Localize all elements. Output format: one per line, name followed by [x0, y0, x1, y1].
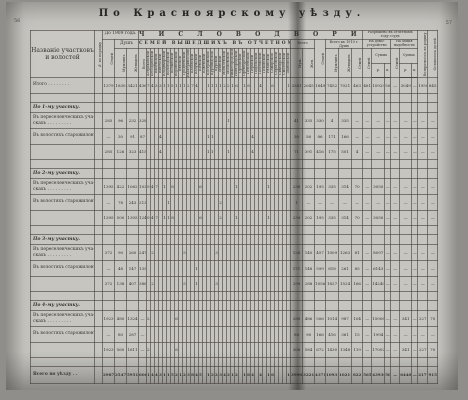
cell-loans-6 — [418, 226, 428, 235]
col-header-province-25: Пензенской — [247, 49, 251, 78]
cell-total-2: — — [315, 195, 326, 211]
cell-loans-6: — — [418, 245, 428, 261]
col-header-province-11: Казанской — [191, 49, 195, 78]
cell-loans-0 — [363, 226, 372, 235]
cell-loans-7: 70 — [428, 343, 438, 358]
cell-before1909-3: 139 — [139, 261, 147, 277]
cell-before1909-1 — [115, 292, 127, 301]
cell-total-4: 166 — [339, 129, 352, 145]
col-header-province-35: Тамбовской — [287, 49, 291, 78]
cell-loans-6 — [418, 301, 428, 311]
cell-total-2: 416 — [315, 145, 326, 160]
cell-total-1: 202 — [303, 211, 315, 226]
cell-before1909-0 — [103, 301, 115, 311]
table-row-section: По 4-му участку. — [31, 301, 438, 311]
cell-total-2: 506 — [315, 311, 326, 327]
cell-loans-3: — — [391, 261, 400, 277]
group-total-souls: Всего — [291, 39, 315, 49]
table-header: Названіе участковъ и волостей № по поряд… — [31, 31, 438, 78]
serial-cell — [95, 245, 103, 261]
row-label — [31, 211, 95, 226]
cell-total-2: 599 — [315, 261, 326, 277]
cell-total-5 — [352, 301, 363, 311]
col-header-province-8: Вятской — [179, 49, 183, 78]
cell-total-4 — [339, 358, 352, 367]
col-header-province-30: Рязанской — [267, 49, 271, 78]
serial-cell — [95, 311, 103, 327]
cell-total-3: 1009 — [326, 245, 339, 261]
cell-total-2: 1849 — [315, 78, 326, 94]
cell-total-1: 486 — [303, 311, 315, 327]
cell-total-3: 10931 — [326, 367, 339, 384]
group-loans-title: Разрѣшено въ отчетномъ году ссудъ — [363, 31, 418, 40]
cell-total-1 — [303, 301, 315, 311]
districts-label-line1: Названіе участковъ — [31, 47, 94, 55]
cell-total-0 — [291, 235, 303, 245]
cell-total-1 — [303, 169, 315, 179]
cell-loans-4: 3049 — [400, 78, 412, 94]
cell-loans-0 — [363, 169, 372, 179]
cell-loans-6: 227 — [418, 311, 428, 327]
cell-loans-3: — — [391, 195, 400, 211]
page-number-right: 57 — [446, 20, 452, 26]
row-label: По 3-му участку. — [31, 235, 95, 245]
cell-before1909-0: 1379 — [103, 78, 115, 94]
cell-loans-7 — [428, 235, 438, 245]
cell-total-1: — — [303, 195, 315, 211]
cell-before1909-0: 372 — [103, 277, 115, 292]
cell-total-0: 238 — [291, 179, 303, 195]
cell-total-5: — — [352, 113, 363, 129]
cell-before1909-2: 287 — [127, 327, 139, 343]
cell-before1909-0: 2987 — [103, 367, 115, 384]
cell-total-0: 299 — [291, 277, 303, 292]
group-souls-1909: Душъ — [115, 39, 139, 49]
cell-before1909-3 — [139, 292, 147, 301]
cell-before1909-3 — [139, 358, 147, 367]
cell-total-0 — [291, 94, 303, 103]
cell-loans-1 — [372, 103, 385, 113]
cell-loans-6 — [418, 169, 428, 179]
cell-before1909-1 — [115, 160, 127, 169]
col-header-province-0: Астраханской — [147, 49, 151, 78]
cell-loans-3: — — [391, 327, 400, 343]
cell-loans-1 — [372, 358, 385, 367]
cell-before1909-3 — [139, 94, 147, 103]
cell-before1909-3: 213 — [139, 195, 147, 211]
cell-total-5: — — [352, 129, 363, 145]
cell-loans-1: 3050 — [372, 179, 385, 195]
cell-total-1: 2045 — [303, 78, 315, 94]
cell-total-3: 1014 — [326, 311, 339, 327]
cell-total-4: 1524 — [339, 277, 352, 292]
serial-cell — [95, 195, 103, 211]
cell-loans-3: — — [391, 113, 400, 129]
cell-before1909-3: 1248 — [139, 211, 147, 226]
cell-loans-1 — [372, 169, 385, 179]
cell-loans-6 — [418, 94, 428, 103]
cell-before1909-0: — — [103, 129, 115, 145]
cell-total-0 — [291, 103, 303, 113]
cell-before1909-2 — [127, 103, 139, 113]
cell-loans-6 — [418, 358, 428, 367]
group-loan-common: На общія надобности — [391, 39, 418, 49]
col-header-total: Всего — [139, 49, 147, 78]
cell-total-4: 335 — [339, 113, 352, 129]
col-header-loan1-families: Семей — [363, 49, 372, 78]
cell-loans-6 — [418, 103, 428, 113]
cell-before1909-2: 91 — [127, 129, 139, 145]
cell-loans-4: — — [400, 129, 412, 145]
cell-total-5 — [352, 103, 363, 113]
cell-loans-6: — — [418, 211, 428, 226]
cell-before1909-0: 1395 — [103, 211, 115, 226]
row-label: Въ переселенческихъ уча-скахъ . . . . . … — [31, 179, 95, 195]
cell-total-5 — [352, 226, 363, 235]
table-row-spacer — [31, 226, 438, 235]
cell-loans-1 — [372, 292, 385, 301]
cell-before1909-0: 285 — [103, 113, 115, 129]
cell-before1909-0 — [103, 94, 115, 103]
cell-total-4: 987 — [339, 311, 352, 327]
table-row-section: По 3-му участку. — [31, 235, 438, 245]
cell-total-3 — [326, 292, 339, 301]
cell-loans-6: — — [418, 129, 428, 145]
col-header-province-3: Витебской — [159, 49, 163, 78]
cell-total-2 — [315, 103, 326, 113]
cell-before1909-0 — [103, 103, 115, 113]
cell-total-0: 280 — [291, 311, 303, 327]
group-loan-household: На домо- устройство — [363, 39, 391, 49]
cell-before1909-2: 323 — [127, 145, 139, 160]
row-label — [31, 358, 95, 367]
col-header-kop-2: к. — [412, 63, 418, 78]
cell-loans-6: — — [418, 277, 428, 292]
cell-total-3: 335 — [326, 179, 339, 195]
row-label-line2: скахъ . . . . . . . . . — [33, 187, 94, 193]
cell-total-3: — — [326, 195, 339, 211]
cell-total-5 — [352, 169, 363, 179]
cell-total-0: 41 — [291, 113, 303, 129]
cell-loans-1: 15008 — [372, 311, 385, 327]
row-label: Въ волостяхъ старожиловъ . — [31, 195, 95, 211]
cell-loans-0 — [363, 358, 372, 367]
cell-loans-1: — — [372, 195, 385, 211]
table-row-subtotal: 28512632341544141014713914161755014—————… — [31, 145, 438, 160]
cell-total-2 — [315, 301, 326, 311]
cell-before1909-1: 126 — [115, 145, 127, 160]
col-header-province-17: Курской — [215, 49, 219, 78]
cell-before1909-2 — [127, 358, 139, 367]
cell-loans-1 — [372, 301, 385, 311]
serial-cell — [95, 113, 103, 129]
cell-loans-1: 8097 — [372, 245, 385, 261]
col-header-province-7: Воронежской — [175, 49, 179, 78]
cell-before1909-1: 96 — [115, 113, 127, 129]
serial-cell — [95, 179, 103, 195]
cell-before1909-2: 232 — [127, 113, 139, 129]
cell-total-2: 4371 — [315, 367, 326, 384]
cell-loans-4: — — [400, 113, 412, 129]
cell-loans-6: 227 — [418, 343, 428, 358]
cell-before1909-0 — [103, 358, 115, 367]
cell-loans-6 — [418, 292, 428, 301]
serial-cell — [95, 160, 103, 169]
cell-before1909-2 — [127, 235, 139, 245]
cell-before1909-1 — [115, 235, 127, 245]
col-header-province-2: Виленской — [155, 49, 159, 78]
cell-before1909-0: — — [103, 195, 115, 211]
row-label — [31, 343, 95, 358]
cell-loans-0: — — [363, 245, 372, 261]
cell-loans-4: 341 — [400, 311, 412, 327]
cell-loans-4 — [400, 292, 412, 301]
cell-before1909-3 — [139, 103, 147, 113]
cell-total-1 — [303, 160, 315, 169]
serial-cell — [95, 367, 103, 384]
cell-total-5: 104 — [352, 311, 363, 327]
table-row-spacer — [31, 160, 438, 169]
row-label-line1: Въ переселенческихъ уча- — [33, 313, 94, 319]
cell-loans-0 — [363, 94, 372, 103]
cell-total-2: 166 — [315, 327, 326, 343]
cell-total-5 — [352, 358, 363, 367]
cell-total-3: 175 — [326, 145, 339, 160]
row-label: Въ переселенческихъ уча-скахъ . . . . . … — [31, 113, 95, 129]
cell-total-2 — [315, 358, 326, 367]
cell-total-1 — [303, 226, 315, 235]
col-header-total-women: Жен. — [303, 49, 315, 78]
cell-before1909-1 — [115, 94, 127, 103]
cell-total-0 — [291, 301, 303, 311]
cell-total-3 — [326, 358, 339, 367]
cell-total-4: 1263 — [339, 245, 352, 261]
cell-loans-4: — — [400, 245, 412, 261]
cell-total-4: 314 — [339, 179, 352, 195]
cell-loans-1: — — [372, 113, 385, 129]
cell-before1909-2: 5951 — [127, 367, 139, 384]
scanned-book-page: { "page_numbers": { "left": "56", "right… — [0, 0, 468, 400]
col-header-total-men: Муж. — [291, 49, 303, 78]
col-header-province-4: Владимірской — [163, 49, 167, 78]
col-header-province-22: Новгородской — [235, 49, 239, 78]
cell-before1909-0: — — [103, 327, 115, 343]
col-header-returned: Возвратилось на родину — [418, 31, 428, 78]
col-header-province-29: Псковской — [263, 49, 267, 78]
cell-loans-1: 10929 — [372, 78, 385, 94]
row-label: Въ волостяхъ старожиловъ . — [31, 129, 95, 145]
cell-loans-0: — — [363, 195, 372, 211]
cell-total-2: 86 — [315, 129, 326, 145]
cell-loans-7: — — [428, 277, 438, 292]
col-header-families-1909: Семей — [103, 39, 115, 78]
cell-loans-3 — [391, 235, 400, 245]
table-row-data: Въ переселенческихъ уча-скахъ . . . . . … — [31, 245, 438, 261]
row-label: Въ волостяхъ старожиловъ . — [31, 261, 95, 277]
cell-total-2: 1056 — [315, 277, 326, 292]
cell-total-4: 501 — [339, 145, 352, 160]
cell-total-5: 85 — [352, 261, 363, 277]
cell-loans-6: — — [418, 145, 428, 160]
cell-loans-0: — — [363, 311, 372, 327]
row-label: Въ переселенческихъ уча-скахъ . . . . . … — [31, 245, 95, 261]
cell-loans-3: — — [391, 129, 400, 145]
cell-total-5 — [352, 94, 363, 103]
cell-loans-7 — [428, 160, 438, 169]
cell-before1909-2 — [127, 160, 139, 169]
cell-loans-7: — — [428, 113, 438, 129]
col-header-province-6: Волынской — [171, 49, 175, 78]
cell-before1909-2 — [127, 301, 139, 311]
cell-before1909-3 — [139, 235, 147, 245]
cell-loans-0 — [363, 301, 372, 311]
cell-total-2 — [315, 292, 326, 301]
cell-loans-0: — — [363, 145, 372, 160]
cell-before1909-1: 480 — [115, 311, 127, 327]
cell-before1909-0 — [103, 160, 115, 169]
cell-loans-4: — — [400, 179, 412, 195]
cell-loans-0: — — [363, 113, 372, 129]
cell-total-2 — [315, 160, 326, 169]
col-header-province-16: Курляндской — [211, 49, 215, 78]
cell-loans-3 — [391, 103, 400, 113]
cell-loans-7 — [428, 292, 438, 301]
cell-before1909-3: 6068 — [139, 367, 147, 384]
col-header-province-18: Минской — [219, 49, 223, 78]
cell-loans-7 — [428, 169, 438, 179]
cell-loans-1 — [372, 160, 385, 169]
cell-before1909-1: 422 — [115, 179, 127, 195]
col-header-women-1909: Женщинъ — [127, 49, 139, 78]
row-label-line2: скахъ . . . . . . . . . — [33, 253, 94, 259]
row-label — [31, 145, 95, 160]
cell-total-5: 70 — [352, 211, 363, 226]
cell-before1909-3: 386 — [139, 277, 147, 292]
cell-loans-3: — — [391, 343, 400, 358]
cell-loans-7: 915 — [428, 367, 438, 384]
cell-before1909-3: 415 — [139, 145, 147, 160]
cell-loans-0: 565 — [363, 367, 372, 384]
row-label — [31, 277, 95, 292]
col-header-kop-1: к. — [385, 63, 391, 78]
cell-total-4: 7021 — [339, 78, 352, 94]
serial-cell — [95, 235, 103, 245]
cell-before1909-1: 30 — [115, 129, 127, 145]
cell-loans-4 — [400, 226, 412, 235]
cell-total-4 — [339, 103, 352, 113]
cell-total-4: — — [339, 195, 352, 211]
cell-loans-1: — — [372, 129, 385, 145]
cell-loans-0 — [363, 103, 372, 113]
cell-loans-6: — — [418, 179, 428, 195]
cell-loans-3: — — [391, 78, 400, 94]
cell-loans-6: — — [418, 327, 428, 343]
cell-loans-7: — — [428, 211, 438, 226]
cell-total-0: 3990 — [291, 367, 303, 384]
table-row-data: Въ волостяхъ старожиловъ .—80287—8898166… — [31, 327, 438, 343]
cell-total-1: 202 — [303, 179, 315, 195]
table-row-spacer — [31, 358, 438, 367]
col-header-province-9: Гродненской — [183, 49, 187, 78]
cell-total-1 — [303, 94, 315, 103]
col-header-province-1: Бессарабской — [151, 49, 155, 78]
cell-total-5: 166 — [352, 277, 363, 292]
cell-loans-7: — — [428, 179, 438, 195]
cell-total-0: 1 — [291, 195, 303, 211]
cell-loans-7: 70 — [428, 311, 438, 327]
cell-total-3 — [326, 103, 339, 113]
cell-total-3: 171 — [326, 129, 339, 145]
cell-total-4 — [339, 235, 352, 245]
cell-total-2: 195 — [315, 179, 326, 195]
cell-before1909-1: 80 — [115, 327, 127, 343]
cell-total-2 — [315, 94, 326, 103]
col-header-loan2-families: Семей — [391, 49, 400, 78]
col-header-province-32: Саратовской — [275, 49, 279, 78]
cell-total-0: 239 — [291, 211, 303, 226]
cell-before1909-3: 4362 — [139, 78, 147, 94]
cell-before1909-1: 48 — [115, 261, 127, 277]
page-title: По Красноярскому уѣзду. — [6, 8, 458, 19]
table-row-data: Въ волостяхъ старожиловъ .—3091874414104… — [31, 129, 438, 145]
cell-total-0 — [291, 226, 303, 235]
table-row-subtotal: 19235601611—205636858467214301348119—170… — [31, 343, 438, 358]
serial-cell — [95, 129, 103, 145]
table-row-data: Итого . . . . . . . .1379183034214362785… — [31, 78, 438, 94]
cell-loans-0 — [363, 235, 372, 245]
cell-total-4 — [339, 226, 352, 235]
cell-loans-4 — [400, 301, 412, 311]
serial-cell — [95, 261, 103, 277]
cell-loans-1: 43930 — [372, 367, 385, 384]
cell-loans-0: — — [363, 261, 372, 277]
table-row-data: Въ волостяхъ старожиловъ .—4814713911711… — [31, 261, 438, 277]
cell-loans-4 — [400, 358, 412, 367]
row-label: Въ волостяхъ старожиловъ . — [31, 327, 95, 343]
cell-total-0: 88 — [291, 327, 303, 343]
cell-loans-4: — — [400, 277, 412, 292]
serial-cell — [95, 226, 103, 235]
cell-total-3: 7452 — [326, 78, 339, 94]
cell-total-1: 140 — [303, 245, 315, 261]
cell-total-0: 30 — [291, 129, 303, 145]
group-settled-families-line2: СЕМЕЙ ВЫШЕДШИХЪ ВЪ ОТЧЕТНОМЪ ГОДУ ИЗЪ ГУ… — [139, 39, 291, 49]
cell-total-4: 261 — [339, 261, 352, 277]
cell-total-5 — [352, 292, 363, 301]
col-header-province-23: Орловской — [239, 49, 243, 78]
cell-before1909-3: — — [139, 311, 147, 327]
cell-before1909-1 — [115, 169, 127, 179]
table-row-data: Въ переселенческихъ уча-скахъ . . . . . … — [31, 311, 438, 327]
cell-before1909-2: 260 — [127, 245, 139, 261]
col-header-1910-men: Мужчинъ — [326, 49, 339, 78]
table-row-subtotal: 3721384073862513299288105618271524166—14… — [31, 277, 438, 292]
cell-loans-4 — [400, 103, 412, 113]
cell-before1909-2: 1305 — [127, 211, 139, 226]
cell-total-0: 368 — [291, 343, 303, 358]
cell-total-5 — [352, 235, 363, 245]
cell-loans-4 — [400, 94, 412, 103]
cell-total-1 — [303, 103, 315, 113]
group-before-1909: До 1909 года. — [103, 31, 139, 40]
cell-loans-7 — [428, 358, 438, 367]
cell-loans-1: 14240 — [372, 277, 385, 292]
total-1910-souls-label: Душъ — [326, 44, 362, 48]
cell-loans-3 — [391, 226, 400, 235]
cell-before1909-2 — [127, 226, 139, 235]
cell-before1909-3 — [139, 301, 147, 311]
cell-total-1: 584 — [303, 343, 315, 358]
